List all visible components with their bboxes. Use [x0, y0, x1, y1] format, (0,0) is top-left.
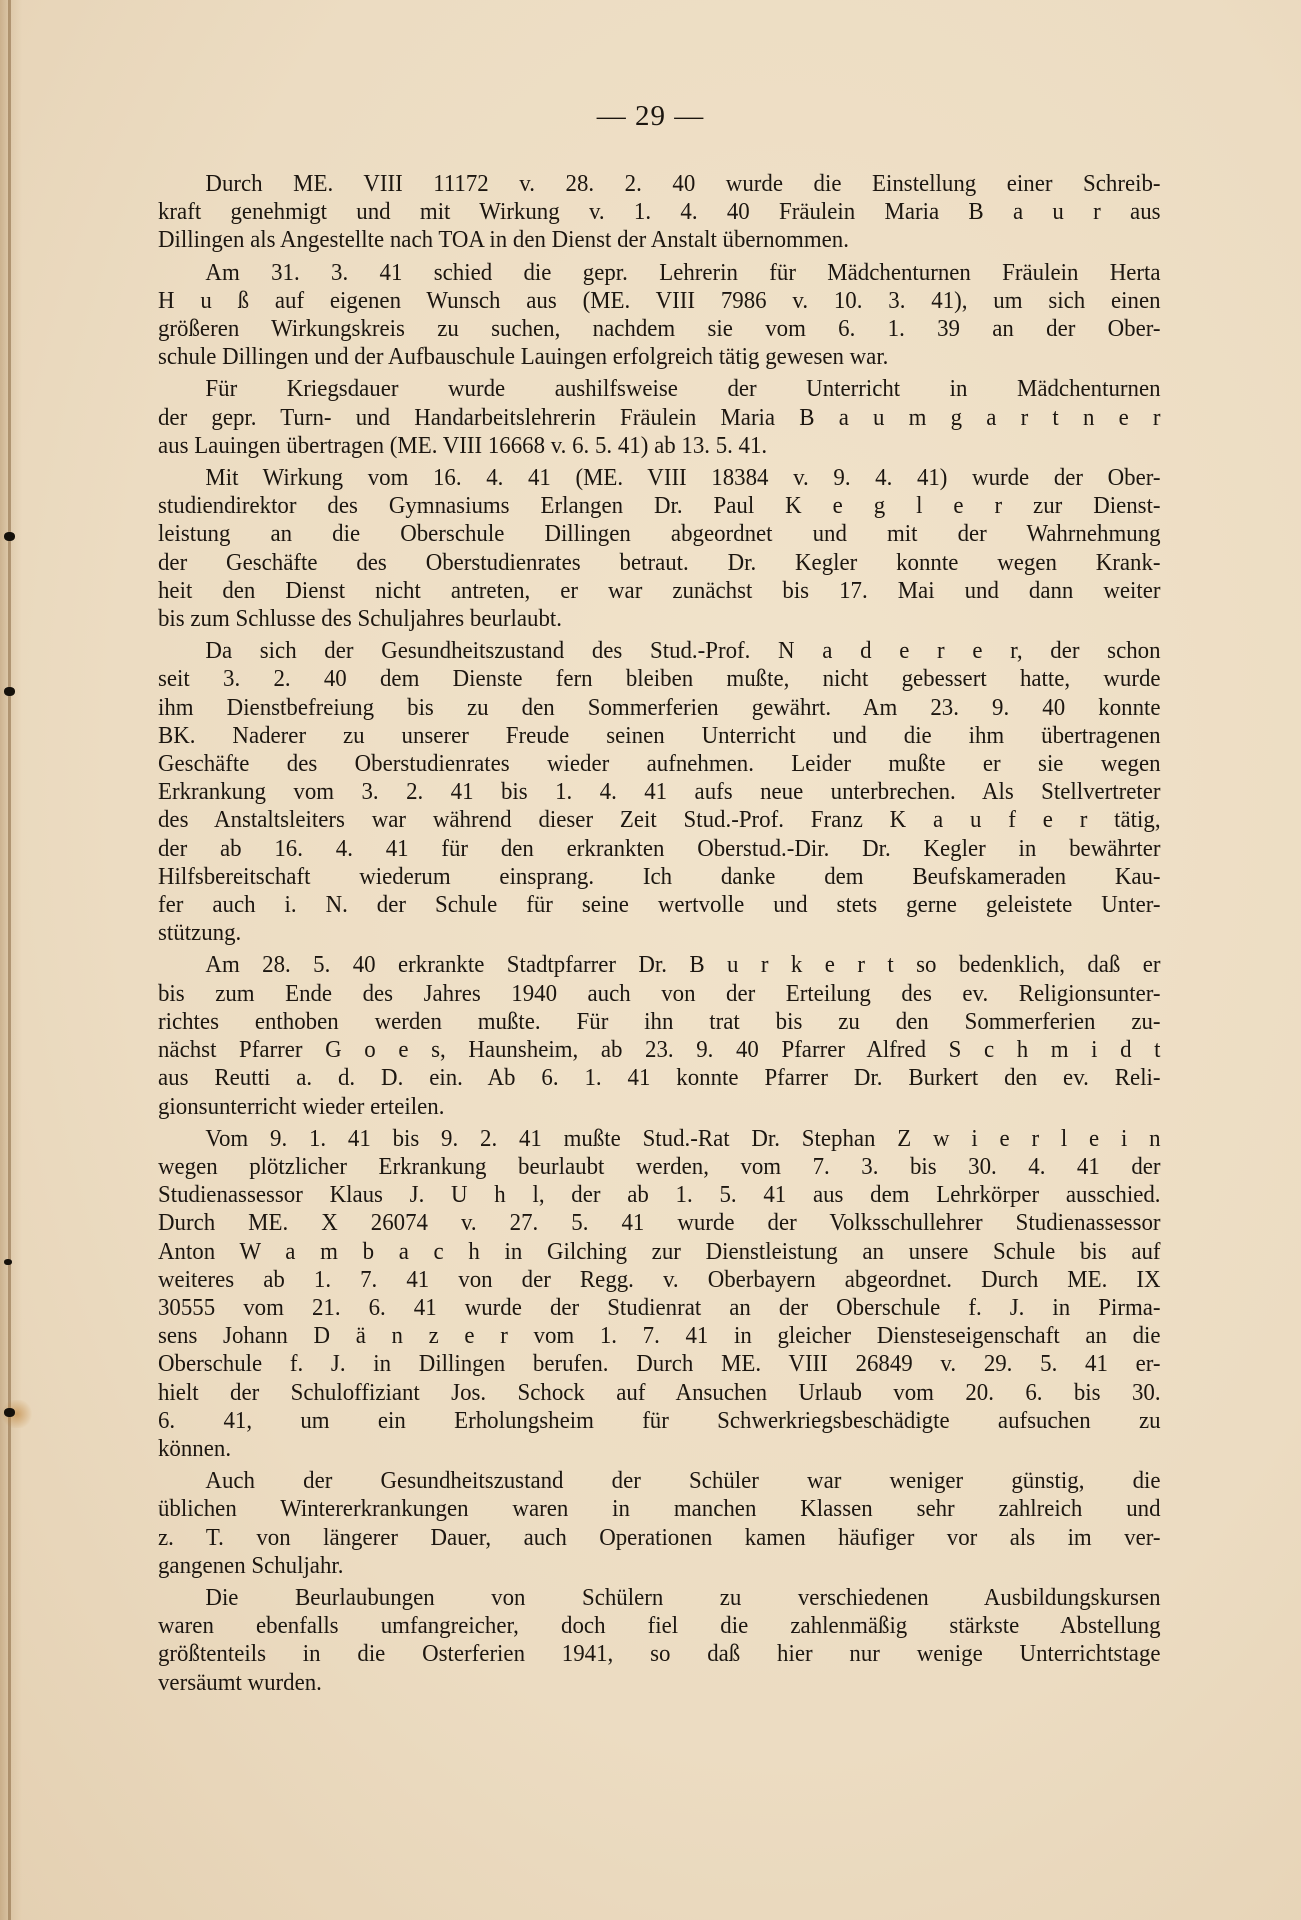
text-line: studiendirektor des Gymnasiums Erlangen … — [158, 492, 1161, 520]
text-line: aus Reutti a. d. D. ein. Ab 6. 1. 41 kon… — [158, 1064, 1161, 1092]
text-line: bis zum Ende des Jahres 1940 auch von de… — [158, 980, 1161, 1008]
text-line: Oberschule f. J. in Dillingen berufen. D… — [158, 1350, 1161, 1378]
text-line: Für Kriegsdauer wurde aushilfsweise der … — [158, 375, 1161, 403]
paragraph: Mit Wirkung vom 16. 4. 41 (ME. VIII 1838… — [158, 464, 1161, 633]
text-line: Durch ME. X 26074 v. 27. 5. 41 wurde der… — [158, 1209, 1161, 1237]
text-line: Vom 9. 1. 41 bis 9. 2. 41 mußte Stud.-Ra… — [158, 1125, 1161, 1153]
text-line: Hilfsbereitschaft wiederum einsprang. Ic… — [158, 863, 1161, 891]
text-line: leistung an die Oberschule Dillingen abg… — [158, 520, 1161, 548]
paragraph: Auch der Gesundheitszustand der Schüler … — [158, 1467, 1161, 1580]
text-line: nächst Pfarrer G o e s, Haunsheim, ab 23… — [158, 1036, 1161, 1064]
text-line: waren ebenfalls umfangreicher, doch fiel… — [158, 1612, 1161, 1640]
text-line: ihm Dienstbefreiung bis zu den Sommerfer… — [158, 694, 1161, 722]
text-line: schule Dillingen und der Aufbauschule La… — [158, 343, 1161, 371]
paragraph: Am 28. 5. 40 erkrankte Stadtpfarrer Dr. … — [158, 951, 1161, 1120]
text-line: gionsunterricht wieder erteilen. — [158, 1093, 1161, 1121]
staple-hole-mark — [4, 1259, 12, 1265]
scanned-page: — 29 — Durch ME. VIII 11172 v. 28. 2. 40… — [0, 0, 1301, 1920]
text-line: fer auch i. N. der Schule für seine wert… — [158, 891, 1161, 919]
text-line: wegen plötzlicher Erkrankung beurlaubt w… — [158, 1153, 1161, 1181]
text-line: 30555 vom 21. 6. 41 wurde der Studienrat… — [158, 1294, 1161, 1322]
binding-edge — [8, 0, 11, 1920]
paragraph: Vom 9. 1. 41 bis 9. 2. 41 mußte Stud.-Ra… — [158, 1125, 1161, 1463]
text-line: z. T. von längerer Dauer, auch Operation… — [158, 1524, 1161, 1552]
paragraph: Für Kriegsdauer wurde aushilfsweise der … — [158, 375, 1161, 460]
text-line: Durch ME. VIII 11172 v. 28. 2. 40 wurde … — [158, 170, 1161, 198]
text-line: sens Johann D ä n z e r vom 1. 7. 41 in … — [158, 1322, 1161, 1350]
text-line: Geschäfte des Oberstudienrates wieder au… — [158, 750, 1161, 778]
text-line: seit 3. 2. 40 dem Dienste fern bleiben m… — [158, 665, 1161, 693]
paragraph: Da sich der Gesundheitszustand des Stud.… — [158, 637, 1161, 947]
text-line: stützung. — [158, 919, 1161, 947]
text-line: der Geschäfte des Oberstudienrates betra… — [158, 549, 1161, 577]
staple-hole-mark — [4, 1408, 15, 1417]
text-line: Dillingen als Angestellte nach TOA in de… — [158, 226, 1161, 254]
paragraph: Durch ME. VIII 11172 v. 28. 2. 40 wurde … — [158, 170, 1161, 255]
body-text: Durch ME. VIII 11172 v. 28. 2. 40 wurde … — [158, 170, 1161, 1701]
text-line: richtes enthoben werden mußte. Für ihn t… — [158, 1008, 1161, 1036]
paragraph: Die Beurlaubungen von Schülern zu versch… — [158, 1584, 1161, 1697]
text-line: des Anstaltsleiters war während dieser Z… — [158, 806, 1161, 834]
text-line: Am 28. 5. 40 erkrankte Stadtpfarrer Dr. … — [158, 951, 1161, 979]
text-line: heit den Dienst nicht antreten, er war z… — [158, 577, 1161, 605]
text-line: üblichen Wintererkrankungen waren in man… — [158, 1495, 1161, 1523]
text-line: Da sich der Gesundheitszustand des Stud.… — [158, 637, 1161, 665]
text-line: Mit Wirkung vom 16. 4. 41 (ME. VIII 1838… — [158, 464, 1161, 492]
staple-hole-mark — [4, 687, 15, 696]
text-line: Erkrankung vom 3. 2. 41 bis 1. 4. 41 auf… — [158, 778, 1161, 806]
text-line: kraft genehmigt und mit Wirkung v. 1. 4.… — [158, 198, 1161, 226]
text-line: aus Lauingen übertragen (ME. VIII 16668 … — [158, 432, 1161, 460]
text-line: größtenteils in die Osterferien 1941, so… — [158, 1640, 1161, 1668]
text-line: Anton W a m b a c h in Gilching zur Dien… — [158, 1238, 1161, 1266]
text-line: größeren Wirkungskreis zu suchen, nachde… — [158, 315, 1161, 343]
paragraph: Am 31. 3. 41 schied die gepr. Lehrerin f… — [158, 259, 1161, 372]
text-line: BK. Naderer zu unserer Freude seinen Unt… — [158, 722, 1161, 750]
staple-hole-mark — [4, 532, 15, 541]
text-line: Die Beurlaubungen von Schülern zu versch… — [158, 1584, 1161, 1612]
text-line: hielt der Schuloffiziant Jos. Schock auf… — [158, 1379, 1161, 1407]
text-line: Am 31. 3. 41 schied die gepr. Lehrerin f… — [158, 259, 1161, 287]
text-line: gangenen Schuljahr. — [158, 1552, 1161, 1580]
text-line: Studienassessor Klaus J. U h l, der ab 1… — [158, 1181, 1161, 1209]
text-line: versäumt wurden. — [158, 1669, 1161, 1697]
text-line: H u ß auf eigenen Wunsch aus (ME. VIII 7… — [158, 287, 1161, 315]
text-line: 6. 41, um ein Erholungsheim für Schwerkr… — [158, 1407, 1161, 1435]
page-number: — 29 — — [0, 100, 1301, 133]
text-line: können. — [158, 1435, 1161, 1463]
text-line: der gepr. Turn- und Handarbeitslehrerin … — [158, 404, 1161, 432]
text-line: bis zum Schlusse des Schuljahres beurlau… — [158, 605, 1161, 633]
text-line: weiteres ab 1. 7. 41 von der Regg. v. Ob… — [158, 1266, 1161, 1294]
text-line: Auch der Gesundheitszustand der Schüler … — [158, 1467, 1161, 1495]
text-line: der ab 16. 4. 41 für den erkrankten Ober… — [158, 835, 1161, 863]
